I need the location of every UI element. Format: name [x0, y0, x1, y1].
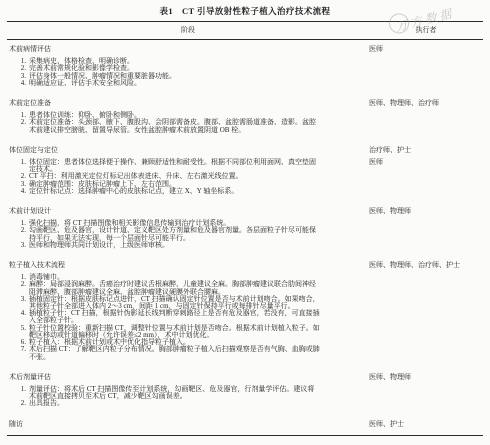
step-text: 出具报告。	[29, 400, 64, 407]
step-text: 术前定位准备：头颈部、腋下、腹股沟、会阴部需备皮。腹部、盆腔需肠道准备、造影。盆…	[29, 119, 321, 133]
step-number: 3.	[17, 242, 26, 249]
document-page: 万方数据 表1 CT 引导放射性粒子植入治疗技术流程 阶段 执行者 术前病情评估…	[0, 0, 490, 445]
step-executor-label	[369, 339, 483, 346]
section-stage-label: 粒子植入技术流程	[7, 262, 369, 269]
step-text: 剂量评估：将术后 CT 扫描图像传至计划系统，勾画靶区、危及器官，行剂量学评估。…	[29, 386, 321, 400]
step-text: 定位针标记点：选择肿瘤中心的皮肤标记点，建立 X、Y 轴坐标系。	[29, 188, 238, 195]
section-executor-label: 医师、物理师、治疗师、护士	[369, 262, 483, 269]
step-number: 3.	[17, 296, 26, 310]
step-row: 2.术前定位准备：头颈部、腋下、腹股沟、会阴部需备皮。腹部、盆腔需肠道准备、造影…	[7, 119, 483, 133]
step-text: 明确适应证、评估手术安全和风险。	[29, 80, 141, 87]
step-number: 2.	[17, 119, 26, 133]
step-executor-label	[369, 65, 483, 72]
step-executor-label	[369, 296, 483, 310]
step-number: 5.	[17, 325, 26, 339]
step-cell: 2.术前定位准备：头颈部、腋下、腹股沟、会阴部需备皮。腹部、盆腔需肠道准备、造影…	[7, 119, 369, 133]
step-executor-label	[369, 80, 483, 87]
section-row: 术前病情评估医师	[7, 46, 483, 53]
section-steps: 1.剂量评估：将术后 CT 扫描图像传至计划系统，勾画靶区、危及器官，行剂量学评…	[7, 386, 483, 408]
step-executor-label	[369, 242, 483, 249]
step-number: 4.	[17, 188, 26, 195]
step-executor-label	[369, 181, 483, 188]
step-cell: 4.明确适应证、评估手术安全和风险。	[7, 80, 369, 87]
section-steps: 1.采集病史、体格检查、明确诊断。2.完善术前常规化验和影像学检查。3.评估身体…	[7, 58, 483, 87]
step-executor-label	[369, 188, 483, 195]
step-number: 4.	[17, 310, 26, 324]
step-cell: 4.定位针标记点：选择肿瘤中心的皮肤标记点，建立 X、Y 轴坐标系。	[7, 188, 369, 195]
step-text: 勾画靶区、危及器官，设计针道、定义靶区处方剂量和危及器官剂量。各层面粒子针尽可能…	[29, 227, 321, 241]
step-executor-label	[369, 325, 483, 339]
step-cell: 2.麻醉：局部浸润麻醉。舌癌治疗时建议舌根麻醉、儿童建议全麻。胸部肿瘤建议联合肋…	[7, 281, 369, 295]
step-executor-label	[369, 227, 483, 241]
step-row: 4.定位针标记点：选择肿瘤中心的皮肤标记点，建立 X、Y 轴坐标系。	[7, 188, 483, 195]
step-row: 1.剂量评估：将术后 CT 扫描图像传至计划系统，勾画靶区、危及器官，行剂量学评…	[7, 386, 483, 400]
section-stage-label: 术后剂量评估	[7, 374, 369, 381]
section-executor-label: 医师、物理师	[369, 374, 483, 381]
step-cell: 2.出具报告。	[7, 400, 369, 407]
section-stage-label: 术前计划设计	[7, 208, 369, 215]
step-number: 2.	[17, 400, 26, 407]
step-cell: 5.粒子针位置校验：重新扫描 CT，调整针位置与术前计划是否吻合。根据术前计划植…	[7, 325, 369, 339]
step-cell: 2.勾画靶区、危及器官，设计针道、定义靶区处方剂量和危及器官剂量。各层面粒子针尽…	[7, 227, 369, 241]
table-body: 术前病情评估医师1.采集病史、体格检查、明确诊断。2.完善术前常规化验和影像学检…	[7, 40, 483, 435]
section-row: 术前定位准备医师、物理师、治疗师	[7, 100, 483, 107]
step-row: 2.麻醉：局部浸润麻醉。舌癌治疗时建议舌根麻醉、儿童建议全麻。胸部肿瘤建议联合肋…	[7, 281, 483, 295]
step-cell: 7.术后扫描 CT：了解靶区内粒子分布情况。胸部肿瘤粒子植入后扫描观察是否有气胸…	[7, 346, 369, 360]
section-row: 体位固定与定位治疗师、护士	[7, 147, 483, 154]
step-executor-label	[369, 220, 483, 227]
section-steps: 1.消毒铺巾。2.麻醉：局部浸润麻醉。舌癌治疗时建议舌根麻醉、儿童建议全麻。胸部…	[7, 274, 483, 360]
step-text: 麻醉：局部浸润麻醉。舌癌治疗时建议舌根麻醉、儿童建议全麻。胸部肿瘤建议联合肋间神…	[29, 281, 321, 295]
step-executor-label	[369, 112, 483, 119]
section-stage-label: 随访	[7, 421, 369, 428]
step-cell: 4.插植粒子针：CT 扫描，根据针伪影延长线判断穿刺路径上是否有危及器官，若没有…	[7, 310, 369, 324]
step-executor-label	[369, 310, 483, 324]
step-number: 2.	[17, 281, 26, 295]
section-row: 随访医师、护士	[7, 421, 483, 428]
step-row: 2.勾画靶区、危及器官，设计针道、定义靶区处方剂量和危及器官剂量。各层面粒子针尽…	[7, 227, 483, 241]
step-executor-label	[369, 173, 483, 180]
step-row: 4.明确适应证、评估手术安全和风险。	[7, 80, 483, 87]
step-text: 插植粒子针：CT 扫描，根据针伪影延长线判断穿刺路径上是否有危及器官，若没有，可…	[29, 310, 321, 324]
section-steps: 1.强化扫描，将 CT 扫描图像和相关影像信息传输到治疗计划系统。2.勾画靶区、…	[7, 220, 483, 249]
step-executor-label	[369, 400, 483, 407]
step-row: 5.粒子针位置校验：重新扫描 CT，调整针位置与术前计划是否吻合。根据术前计划植…	[7, 325, 483, 339]
step-number: 1.	[17, 386, 26, 400]
step-executor-label	[369, 281, 483, 295]
step-executor-label: 医师	[369, 159, 483, 173]
step-row: 3.医师和物理师共同计划设计，上级医师审核。	[7, 242, 483, 249]
step-executor-label	[369, 58, 483, 65]
step-executor-label	[369, 346, 483, 360]
step-executor-label	[369, 274, 483, 281]
column-header-executor: 执行者	[369, 25, 483, 35]
table-header-row: 阶段 执行者	[7, 22, 483, 40]
step-number: 7.	[17, 346, 26, 360]
section-row: 术前计划设计医师、物理师	[7, 208, 483, 215]
section-row: 粒子植入技术流程医师、物理师、治疗师、护士	[7, 262, 483, 269]
section-stage-label: 体位固定与定位	[7, 147, 369, 154]
section-executor-label: 治疗师、护士	[369, 147, 483, 154]
step-cell: 3.医师和物理师共同计划设计，上级医师审核。	[7, 242, 369, 249]
step-text: 医师和物理师共同计划设计，上级医师审核。	[29, 242, 169, 249]
section-steps: 1.体位固定：患者体位选择便于操作、兼顾舒适性和耐受性。根据不同部位利用面网、真…	[7, 159, 483, 195]
table-title: 表1 CT 引导放射性粒子植入治疗技术流程	[7, 2, 483, 21]
procedure-table: 阶段 执行者 术前病情评估医师1.采集病史、体格检查、明确诊断。2.完善术前常规…	[7, 21, 483, 436]
step-executor-label	[369, 386, 483, 400]
section-steps: 1.患者体位训练：仰卧、俯卧和侧卧。2.术前定位准备：头颈部、腋下、腹股沟、会阴…	[7, 112, 483, 134]
step-row: 4.插植粒子针：CT 扫描，根据针伪影延长线判断穿刺路径上是否有危及器官，若没有…	[7, 310, 483, 324]
section-executor-label: 医师	[369, 46, 483, 53]
step-number: 2.	[17, 227, 26, 241]
section-stage-label: 术前病情评估	[7, 46, 369, 53]
column-header-stage: 阶段	[7, 25, 369, 35]
step-text: 术后扫描 CT：了解靶区内粒子分布情况。胸部肿瘤粒子植入后扫描观察是否有气胸、血…	[29, 346, 321, 360]
step-number: 1.	[17, 159, 26, 173]
section-row: 术后剂量评估医师、物理师	[7, 374, 483, 381]
section-stage-label: 术前定位准备	[7, 100, 369, 107]
step-row: 2.出具报告。	[7, 400, 483, 407]
step-number: 4.	[17, 80, 26, 87]
section-executor-label: 医师、护士	[369, 421, 483, 428]
section-executor-label: 医师、物理师	[369, 208, 483, 215]
step-row: 7.术后扫描 CT：了解靶区内粒子分布情况。胸部肿瘤粒子植入后扫描观察是否有气胸…	[7, 346, 483, 360]
step-executor-label	[369, 73, 483, 80]
section-executor-label: 医师、物理师、治疗师	[369, 100, 483, 107]
step-executor-label	[369, 119, 483, 133]
step-text: 粒子针位置校验：重新扫描 CT，调整针位置与术前计划是否吻合。根据术前计划植入粒…	[29, 325, 321, 339]
